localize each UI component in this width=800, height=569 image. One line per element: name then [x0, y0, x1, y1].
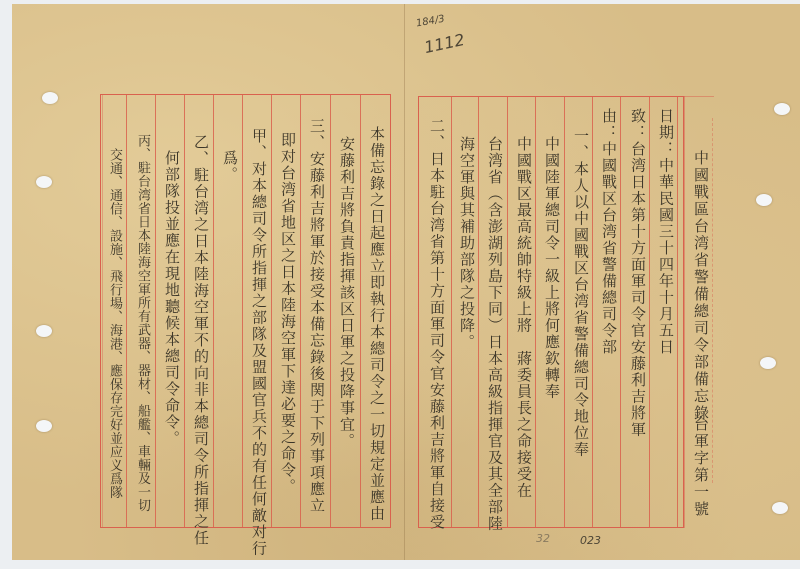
body-line: 中國戰区最高統帥特級上將 蔣委員長之命接受在	[515, 136, 533, 499]
from-line: 由：中國戰区台湾省警備總司令部	[600, 108, 618, 356]
grid-rule	[451, 96, 452, 528]
grid-rule	[507, 96, 508, 528]
punch-hole	[760, 357, 776, 369]
grid-rule	[649, 96, 650, 528]
body-line: 海空軍與其補助部隊之投降。	[458, 136, 476, 351]
date-line: 日期：中華民國三十四年十月五日	[657, 108, 675, 356]
body-line: 何部隊投並應在現地聽候本總司令命令。	[163, 150, 181, 447]
grid-rule	[535, 96, 536, 528]
to-line: 致：台湾日本第十方面軍司令官安藤利吉將軍	[629, 108, 647, 438]
body-line: 一、本人以中國戰区台湾省警備總司令地位奉	[572, 128, 590, 458]
page-number: 023	[580, 534, 601, 547]
body-line: 台湾省（含澎湖列島下同）日本高級指揮官及其全部陸	[486, 136, 504, 532]
memo-title: 中國戰區台湾省警備總司令部備忘錄	[692, 150, 710, 422]
body-line: 三、安藤利吉將軍於接受本備忘錄後関于下列事項應立	[308, 118, 326, 514]
body-line: 二、日本駐台湾省第十方面軍司令官安藤利吉將軍自接受	[428, 118, 446, 531]
grid-rule	[360, 94, 361, 528]
grid-rule	[300, 94, 301, 528]
grid-rule	[677, 96, 678, 528]
punch-hole	[774, 103, 790, 115]
page-fold-line	[404, 4, 405, 560]
title-dotted-rule	[712, 118, 713, 483]
punch-hole	[36, 420, 52, 432]
body-line: 本備忘錄之日起應立即執行本總司令之一切規定並應由	[368, 126, 386, 522]
body-line: 爲。	[221, 150, 239, 183]
punch-hole	[772, 502, 788, 514]
grid-rule	[184, 94, 185, 528]
title-rule-top	[684, 96, 714, 97]
punch-hole	[36, 176, 52, 188]
punch-hole	[36, 325, 52, 337]
punch-hole	[756, 194, 772, 206]
body-line: 乙、駐台湾之日本陸海空軍不的向非本總司令所指揮之任	[192, 134, 210, 547]
body-line: 即对台湾省地区之日本陸海空軍下達必要之命令。	[279, 132, 297, 495]
reference-number: 台軍字第一號	[692, 416, 710, 518]
body-line: 中國陸軍總司令一級上將何應欽轉奉	[543, 136, 561, 400]
grid-rule	[478, 96, 479, 528]
body-line: 甲、对本總司令所指揮之部隊及盟國官兵不的有任何敵对行	[250, 128, 268, 557]
grid-rule	[213, 94, 214, 528]
left-outer-rule	[102, 94, 103, 528]
grid-rule	[155, 94, 156, 528]
grid-rule	[126, 94, 127, 528]
grid-rule	[242, 94, 243, 528]
grid-rule	[592, 96, 593, 528]
body-line: 丙、駐台湾省日本陸海空軍所有武器、器材、船艦、車輛及一切	[134, 134, 150, 512]
grid-rule	[564, 96, 565, 528]
body-line: 安藤利吉將負責指揮該区日軍之投降事宜。	[338, 136, 356, 450]
grid-rule	[330, 94, 331, 528]
title-rule	[684, 96, 685, 528]
archive-mark-faint: 32	[536, 532, 550, 545]
grid-rule	[620, 96, 621, 528]
punch-hole	[42, 92, 58, 104]
grid-rule	[271, 94, 272, 528]
body-line: 交通、通信、設施、飛行場、海港、應保存完好並应义爲隊	[106, 148, 122, 499]
